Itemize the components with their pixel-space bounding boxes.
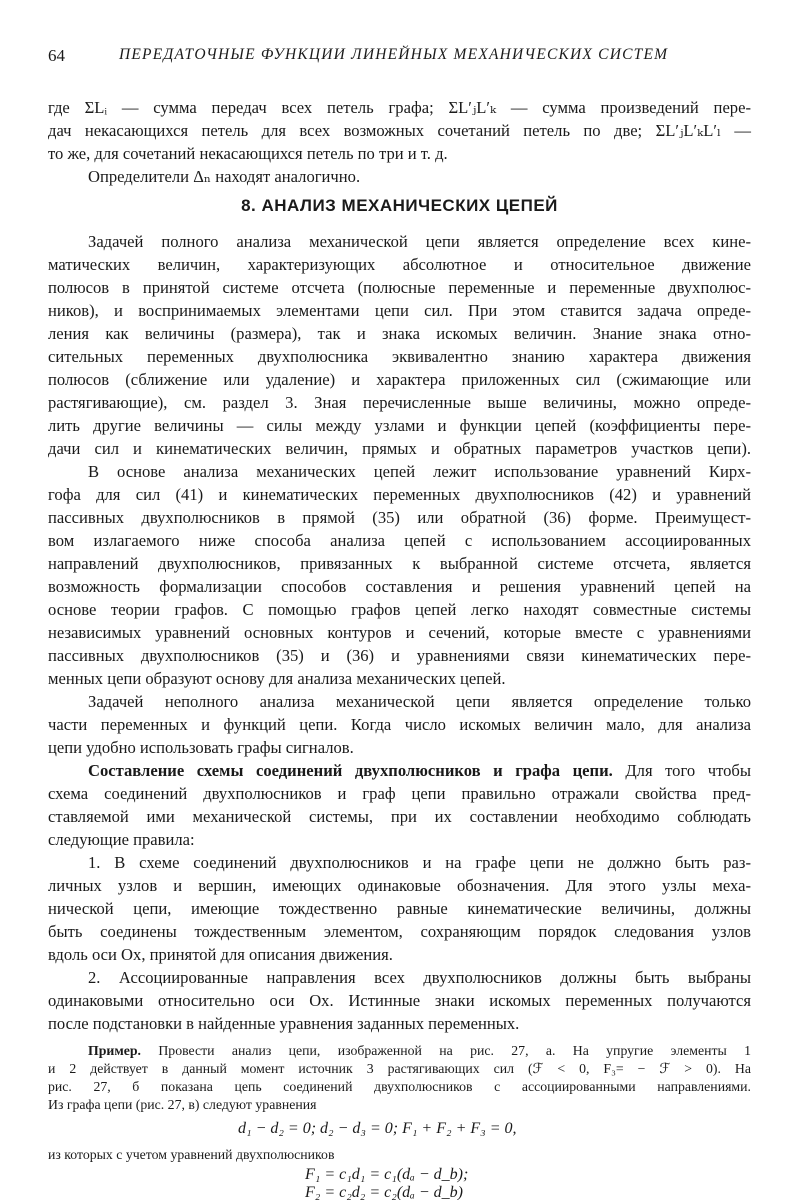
text-line: матических величин, характеризующих абсо…	[48, 255, 751, 275]
text-line: нической цепи, имеющие тождественно равн…	[48, 899, 751, 919]
running-title: ПЕРЕДАТОЧНЫЕ ФУНКЦИИ ЛИНЕЙНЫХ МЕХАНИЧЕСК…	[119, 46, 668, 64]
text-line: схема соединений двухполюсников и граф ц…	[48, 784, 751, 804]
text-line: 1. В схеме соединений двухполюсников и н…	[88, 853, 751, 873]
text-line: вдоль оси Ox, принятой для описания движ…	[48, 945, 751, 965]
text-line: рис. 27, б показана цепь соединений двух…	[48, 1078, 751, 1096]
text-line: вом излагаемого ниже способа анализа цеп…	[48, 531, 751, 551]
text-line: после подстановки в найденные уравнения …	[48, 1014, 751, 1034]
equation: F₂ = c₂d₂ = c₂(dₐ − d_b)	[305, 1184, 463, 1200]
text-line: полюсов (сближение или удаление) и харак…	[48, 370, 751, 390]
text-line: одинаковыми относительно оси Ox. Истинны…	[48, 991, 751, 1011]
text-line: основе теории графов. С помощью графов ц…	[48, 600, 751, 620]
text-line: возможность формализации способов состав…	[48, 577, 751, 597]
text-line: В основе анализа механических цепей лежи…	[88, 462, 751, 482]
text-line: ников), и воспринимаемых элементами цепи…	[48, 301, 751, 321]
text-line: Задачей полного анализа механической цеп…	[88, 232, 751, 252]
text-line: Определители Δₙ находят аналогично.	[88, 167, 751, 187]
text-span: Для того чтобы	[613, 761, 751, 780]
equation: F₁ = c₁d₁ = c₁(dₐ − d_b);	[305, 1166, 468, 1184]
page-number: 64	[48, 46, 65, 66]
text-line: цепи удобно использовать графы сигналов.	[48, 738, 751, 758]
text-line: Задачей неполного анализа механической ц…	[88, 692, 751, 712]
section-title: 8. АНАЛИЗ МЕХАНИЧЕСКИХ ЦЕПЕЙ	[0, 196, 799, 216]
text-line: растягивающие), см. раздел 3. Зная переч…	[48, 393, 751, 413]
text-line: из которых с учетом уравнений двухполюсн…	[48, 1146, 751, 1164]
text-line: 2. Ассоциированные направления всех двух…	[88, 968, 751, 988]
bold-lead: Составление схемы соединений двухполюсни…	[88, 761, 613, 780]
text-line: ления как величины (размера), так и знак…	[48, 324, 751, 344]
text-line: быть соединены тождественным элементом, …	[48, 922, 751, 942]
text-line: личных узлов и вершин, имеющих одинаковы…	[48, 876, 751, 896]
text-line: направлений двухполюсников, привязанных …	[48, 554, 751, 574]
text-line: Из графа цепи (рис. 27, в) следуют уравн…	[48, 1096, 751, 1114]
text-line: гофа для сил (41) и кинематических перем…	[48, 485, 751, 505]
text-line: ставляемой ими механической системы, при…	[48, 807, 751, 827]
text-span: Провести анализ цепи, изображенной на ри…	[141, 1043, 751, 1058]
text-line: пассивных двухполюсников (35) и (36) и у…	[48, 646, 751, 666]
text-line: части переменных и функций цепи. Когда ч…	[48, 715, 751, 735]
text-line: Пример. Провести анализ цепи, изображенн…	[88, 1042, 751, 1060]
text-line: где ΣLᵢ — сумма передач всех петель граф…	[48, 98, 751, 118]
text-line: дачи сил и кинематических величин, прямы…	[48, 439, 751, 459]
text-line: менных цепи образуют основу для анализа …	[48, 669, 751, 689]
text-line: сительных переменных двухполюсника эквив…	[48, 347, 751, 367]
text-line: следующие правила:	[48, 830, 751, 850]
text-line: полюсов в принятой системе отсчета (полю…	[48, 278, 751, 298]
text-line: то же, для сочетаний некасающихся петель…	[48, 144, 751, 164]
text-line: дач некасающихся петель для всех возможн…	[48, 121, 751, 141]
example-label: Пример.	[88, 1043, 141, 1058]
text-line: пассивных двухполюсников в прямой (35) и…	[48, 508, 751, 528]
text-line: независимых уравнений основных контуров …	[48, 623, 751, 643]
text-line: Составление схемы соединений двухполюсни…	[88, 761, 751, 781]
text-line: и 2 действует в данный момент источник 3…	[48, 1060, 751, 1078]
equation: d₁ − d₂ = 0; d₂ − d₃ = 0; F₁ + F₂ + F₃ =…	[238, 1120, 517, 1138]
text-line: лить другие величины — силы между узлами…	[48, 416, 751, 436]
